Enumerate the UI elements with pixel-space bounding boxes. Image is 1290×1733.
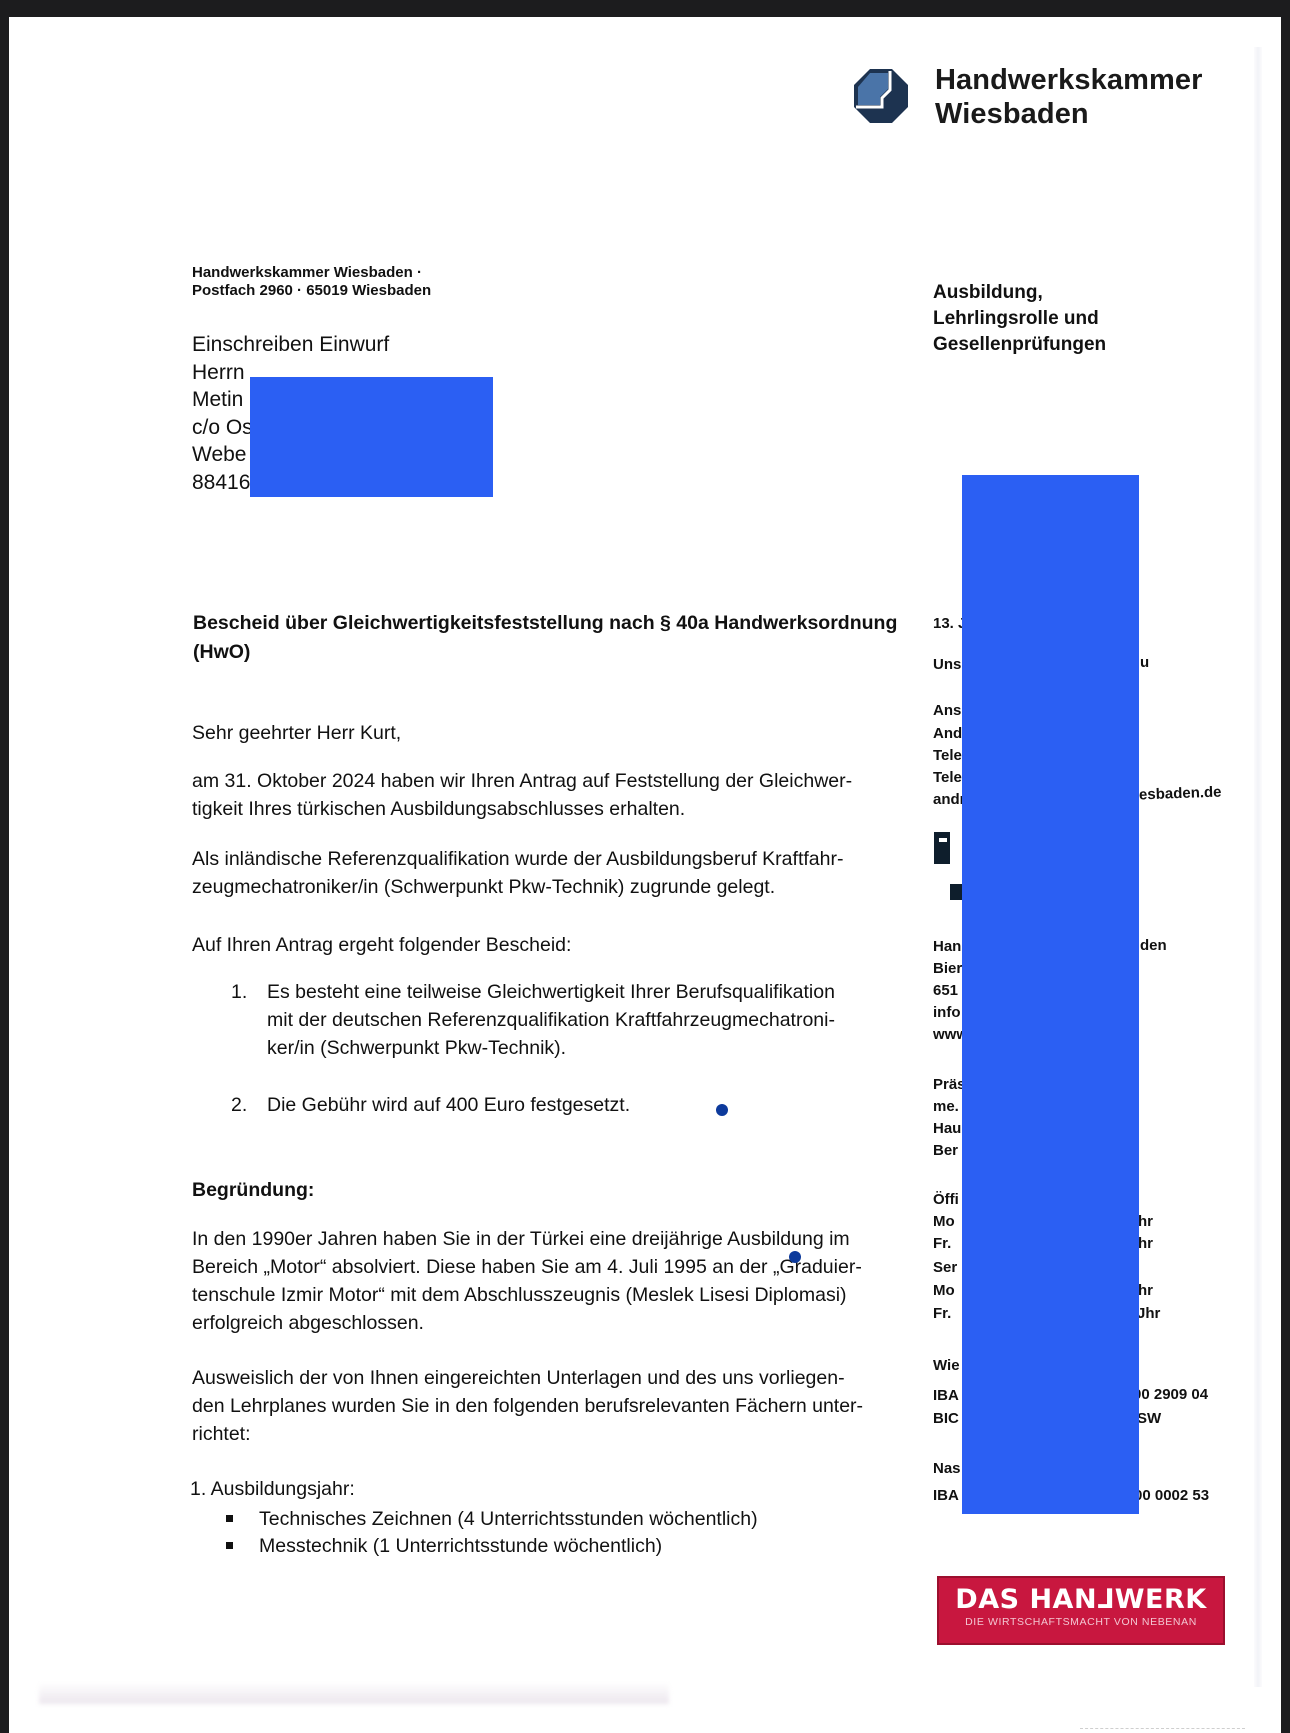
subject-line2: (HwO) xyxy=(193,638,897,667)
bank2-iban-label: IBA xyxy=(933,1485,959,1507)
paragraph-line: am 31. Oktober 2024 haben wir Ihren Antr… xyxy=(192,767,852,795)
paragraph-line: Als inländische Referenzqualifikation wu… xyxy=(192,845,843,873)
paragraph-line: Bereich „Motor“ absolviert. Diese haben … xyxy=(192,1253,862,1281)
qr-code-fragment xyxy=(934,832,950,864)
decision-line: mit der deutschen Referenzqualifikation … xyxy=(267,1006,835,1034)
das-handwerk-banner: DAS HAN⅃WERK DIE WIRTSCHAFTSMACHT VON NE… xyxy=(937,1576,1225,1645)
contact-email-domain[interactable]: esbaden.de xyxy=(1139,782,1222,807)
org-address-zip: 651 xyxy=(933,980,958,1002)
banner-title: DAS HAN⅃WERK xyxy=(939,1585,1223,1615)
sender-return-address: Handwerkskammer Wiesbaden · Postfach 296… xyxy=(192,264,431,300)
scan-shadow xyxy=(1254,47,1262,1687)
org-address-city: den xyxy=(1140,935,1167,957)
sender-line2: Postfach 2960 · 65019 Wiesbaden xyxy=(192,282,431,300)
bank1-iban-label: IBA xyxy=(933,1385,959,1407)
paragraph-line: tenschule Izmir Motor“ mit dem Abschluss… xyxy=(192,1281,862,1309)
contact-name: And xyxy=(933,723,962,745)
paragraph-decision-intro: Auf Ihren Antrag ergeht folgender Besche… xyxy=(192,931,571,959)
hours-row: Mo xyxy=(933,1280,955,1302)
org-address-street: Bier xyxy=(933,958,962,980)
hours-value: hr xyxy=(1138,1211,1153,1233)
org-address-name: Han xyxy=(933,936,961,958)
department-line: Ausbildung, xyxy=(933,280,1106,306)
bank1-bic-label: BIC xyxy=(933,1408,959,1430)
managing-director-label: Hau xyxy=(933,1118,961,1140)
org-name-line1: Handwerkskammer xyxy=(935,63,1202,97)
decision-line: Es besteht eine teilweise Gleichwertigke… xyxy=(267,978,835,1006)
scan-smudge xyxy=(39,1682,669,1704)
service-hours-label: Ser xyxy=(933,1257,957,1279)
contact-fax: Tele xyxy=(933,767,962,789)
opening-hours-label: Öffi xyxy=(933,1189,959,1211)
paragraph-line: tigkeit Ihres türkischen Ausbildungsabsc… xyxy=(192,795,852,823)
qr-code-fragment xyxy=(950,884,962,900)
sidebar-redaction xyxy=(962,475,1139,1514)
paragraph-subjects-intro: Ausweislich der von Ihnen eingereichten … xyxy=(192,1364,863,1448)
hours-row: Fr. xyxy=(933,1233,951,1255)
banner-subtitle: DIE WIRTSCHAFTSMACHT VON NEBENAN xyxy=(939,1615,1223,1629)
managing-director-name: Ber xyxy=(933,1140,958,1162)
salutation: Sehr geehrter Herr Kurt, xyxy=(192,719,401,747)
paragraph-line: Ausweislich der von Ihnen eingereichten … xyxy=(192,1364,863,1392)
recipient-redaction xyxy=(250,377,493,497)
paragraph-line: erfolgreich abgeschlossen. xyxy=(192,1309,862,1337)
paragraph-line: den Lehrplanes wurden Sie in den folgend… xyxy=(192,1392,863,1420)
hours-value: hr xyxy=(1138,1280,1153,1302)
bank2-iban-value: 00 0002 53 xyxy=(1134,1485,1209,1507)
letterhead-org-name: Handwerkskammer Wiesbaden xyxy=(935,63,1202,131)
ink-dot xyxy=(716,1104,728,1116)
org-email[interactable]: info xyxy=(933,1002,961,1024)
reference-label: Uns xyxy=(933,654,961,676)
bank2-name: Nas xyxy=(933,1458,961,1480)
paragraph-application-received: am 31. Oktober 2024 haben wir Ihren Antr… xyxy=(192,767,852,823)
delivery-method: Einschreiben Einwurf xyxy=(192,331,389,359)
bullet-icon xyxy=(226,1515,233,1522)
paragraph-line: zeugmechatroniker/in (Schwerpunkt Pkw-Te… xyxy=(192,873,843,901)
scan-edge-line xyxy=(1080,1728,1245,1729)
department-heading: Ausbildung, Lehrlingsrolle und Gesellenp… xyxy=(933,280,1106,358)
training-year-heading: 1. Ausbildungsjahr: xyxy=(190,1475,355,1503)
department-line: Lehrlingsrolle und xyxy=(933,306,1106,332)
octagon-logo-icon xyxy=(853,68,909,124)
paragraph-training-history: In den 1990er Jahren haben Sie in der Tü… xyxy=(192,1225,862,1337)
reasoning-heading: Begründung: xyxy=(192,1176,314,1204)
reference-value: u xyxy=(1140,652,1149,674)
paragraph-line: richtet: xyxy=(192,1420,863,1448)
hours-value: hr xyxy=(1138,1233,1153,1255)
president-name: me. xyxy=(933,1096,959,1118)
contact-phone: Tele xyxy=(933,745,962,767)
decision-number: 2. xyxy=(231,1091,247,1119)
hours-value: Jhr xyxy=(1137,1303,1160,1325)
contact-email[interactable]: andr xyxy=(933,789,966,811)
decision-number: 1. xyxy=(231,978,247,1006)
bullet-icon xyxy=(226,1542,233,1549)
paragraph-line: In den 1990er Jahren haben Sie in der Tü… xyxy=(192,1225,862,1253)
org-name-line2: Wiesbaden xyxy=(935,97,1202,131)
decision-line: Die Gebühr wird auf 400 Euro festgesetzt… xyxy=(267,1091,630,1119)
subject-line1: Bescheid über Gleichwertigkeitsfeststell… xyxy=(193,609,897,638)
ink-dot xyxy=(789,1251,801,1263)
decision-line: ker/in (Schwerpunkt Pkw-Technik). xyxy=(267,1034,566,1062)
subject-list-item: Technisches Zeichnen (4 Unterrichtsstund… xyxy=(259,1505,758,1533)
subject-list-item: Messtechnik (1 Unterrichtsstunde wöchent… xyxy=(259,1532,662,1560)
paragraph-reference-qualification: Als inländische Referenzqualifikation wu… xyxy=(192,845,843,901)
letter-subject: Bescheid über Gleichwertigkeitsfeststell… xyxy=(193,609,897,667)
bank1-bic-value: SW xyxy=(1137,1408,1161,1430)
hours-row: Mo xyxy=(933,1211,955,1233)
department-line: Gesellenprüfungen xyxy=(933,332,1106,358)
sender-line1: Handwerkskammer Wiesbaden · xyxy=(192,264,431,282)
hours-row: Fr. xyxy=(933,1303,951,1325)
president-label: Präs xyxy=(933,1074,966,1096)
bank1-iban-value: 00 2909 04 xyxy=(1133,1384,1208,1406)
bank1-name: Wie xyxy=(933,1355,960,1377)
